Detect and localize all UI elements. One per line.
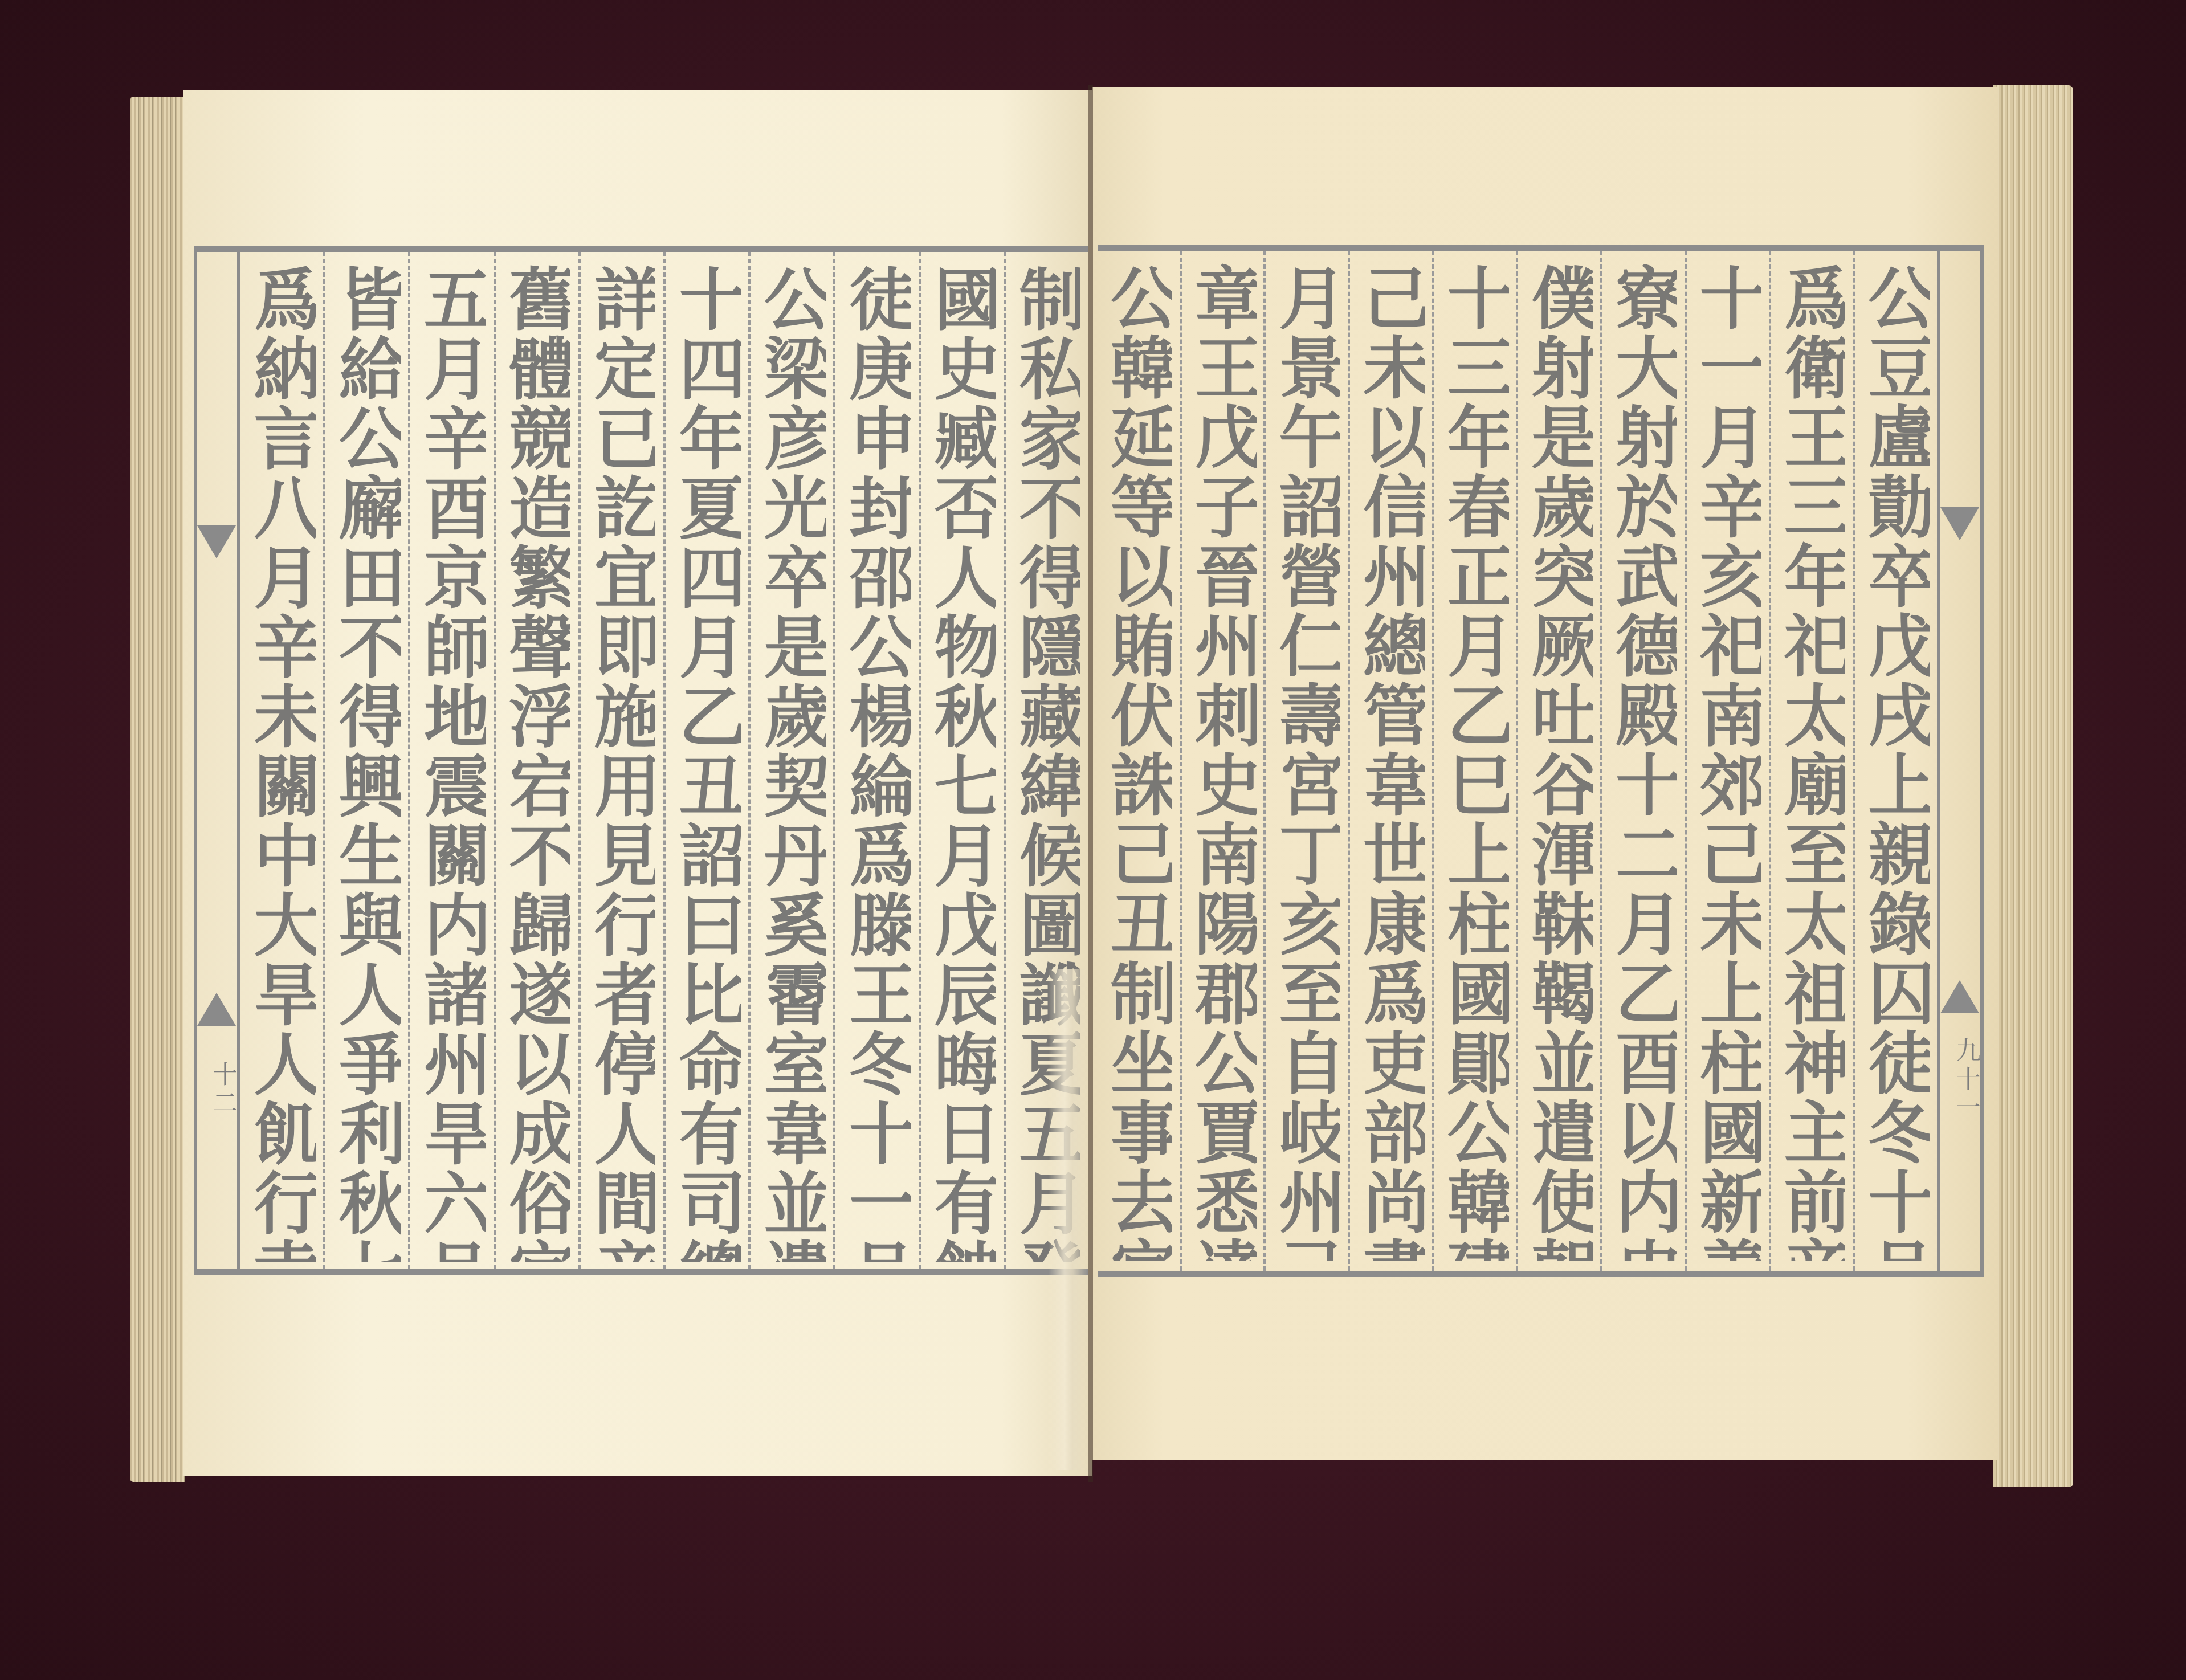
fishtail-lower-icon [1940,980,1979,1013]
left-page-frame: 十二 制私家不得隱藏緯候圖讖夏五月癸亥詔禁人 國史臧否人物秋七月戊辰晦日有蝕之九… [194,246,1088,1275]
right-page-frame: 九十一 公豆盧勣卒戊戌上親錄囚徒冬十月丁丑以遂安王集 爲衛王三年祀太廟至太祖神主… [1098,245,1984,1277]
text-column: 己未以信州總管韋世康爲吏部尚書壬戌行幸岐州二 [1348,251,1432,1271]
text-column: 公梁彦光卒是歲契丹奚霫室韋並遣使朝貢 [748,252,833,1269]
text-column: 十一月辛亥祀南郊己未上柱國新義公韓擒卒甲子以 [1685,251,1769,1271]
fishtail-upper-icon [1940,507,1979,540]
right-page-centerfold-band: 九十一 [1937,251,1984,1271]
fishtail-lower-icon [197,993,236,1026]
text-column: 公豆盧勣卒戊戌上親錄囚徒冬十月丁丑以遂安王集 [1853,251,1937,1271]
page-edges-left [130,97,185,1482]
book-gutter [1088,85,1093,1482]
left-page-centerfold-band: 十二 [194,252,240,1269]
text-column: 徒庚申封邵公楊綸爲滕王冬十一月乙卯上柱國華陽 [833,252,918,1269]
text-column: 公韓延等以賄伏誅己丑制坐事去官者配防一年丁酉 [1098,251,1180,1271]
text-column: 寮大射於武德殿十二月乙酉以内史令楊素爲尚書右 [1600,251,1685,1271]
text-column: 章王戊子晉州刺史南陽郡公賈悉達隰州總管撫寧郡 [1180,251,1264,1271]
text-column: 五月辛酉京師地震關内諸州旱六月丁卯詔省府州縣 [408,252,493,1269]
text-column: 舊體競造繁聲浮宕不歸遂以成俗宜加禁約務存其本 [494,252,578,1269]
paper-tear-repair [1049,969,1088,1470]
text-column: 僕射是歲突厥吐谷渾靺鞨並遣使朝貢 [1516,251,1600,1271]
text-column: 十三年春正月乙巳上柱國鄖公韓建業卒壬子祀感帝 [1432,251,1516,1271]
right-page-number: 九十一 [1947,1037,1984,1123]
right-page-text-columns: 公豆盧勣卒戊戌上親錄囚徒冬十月丁丑以遂安王集 爲衛王三年祀太廟至太祖神主前帝流涕… [1098,251,1937,1271]
text-column: 皆給公廨田不得興生與人爭利秋七月乙未以邳公蘇威 [323,252,408,1269]
fishtail-upper-icon [197,525,236,558]
text-column: 十四年夏四月乙丑詔曰比命有司總令研究正樂雅聲 [663,252,748,1269]
text-column: 月景午詔營仁壽宮丁亥至自岐州己卯立皇孫暕爲豫 [1263,251,1348,1271]
text-column: 詳定已訖宜即施用見行者停人間音樂流僻日久棄其 [578,252,663,1269]
left-page-text-columns: 制私家不得隱藏緯候圖讖夏五月癸亥詔禁人 國史臧否人物秋七月戊辰晦日有蝕之九月景辰… [240,252,1088,1269]
page-edges-right [1993,85,2073,1487]
text-column: 爲衛王三年祀太廟至太祖神主前帝流涕嗚咽不自勝 [1769,251,1853,1271]
left-page-number: 十二 [204,1061,240,1118]
text-column: 國史臧否人物秋七月戊辰晦日有蝕之九月景辰降囚 [919,252,1004,1269]
text-column: 爲納言八月辛未關中大旱人飢行幸洛陽并命百姓山 [240,252,323,1269]
